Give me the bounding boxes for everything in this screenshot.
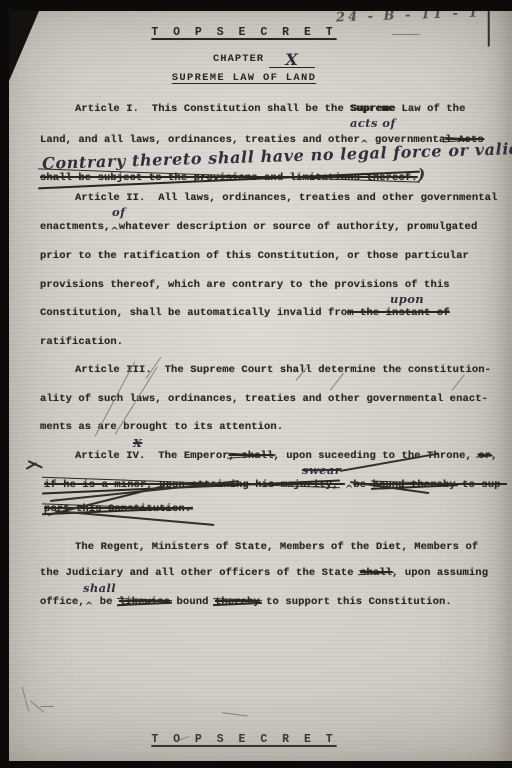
segment-t: , upon assuming	[392, 567, 488, 579]
segment-sc: , shall	[229, 450, 274, 462]
segment-t: Article II. All laws, ordinances, treati…	[75, 192, 497, 204]
article-2-line-4: provisions thereof, which are contrary t…	[40, 279, 450, 291]
segment-t: Land, and all laws, ordinances, treaties…	[40, 134, 360, 146]
segment-t: whatever description or source of author…	[119, 221, 477, 233]
classification-footer: T O P S E C R E T	[0, 733, 500, 746]
segment-t: Article I. This Constitution shall be th…	[75, 103, 350, 115]
article-4-line-2-deleted: if he is a minor, upon attaining his maj…	[44, 479, 507, 491]
article-1-line-1: Article I. This Constitution shall be th…	[75, 103, 465, 115]
document-title: SUPREME LAW OF LAND	[0, 72, 500, 84]
pencil-slash-6	[452, 374, 465, 390]
segment-t: to support this Constitution.	[260, 596, 452, 608]
scan-edge-left	[0, 0, 9, 768]
segment-t: Law of the	[395, 103, 465, 115]
segment-hsc: swear	[302, 463, 341, 477]
regent-line-3: office,^ be likewise bound thereby to su…	[40, 596, 452, 608]
regent-line-1: The Regent, Ministers of State, Members …	[75, 541, 478, 553]
segment-t: prior to the ratification of this Consti…	[40, 250, 469, 262]
segment-t: ratification.	[40, 336, 123, 348]
segment-c: ^	[345, 484, 353, 495]
segment-t: the Judiciary and all other officers of …	[40, 567, 360, 579]
article-1-line-3-deleted: shall be subject to the provisions and l…	[40, 165, 426, 184]
insertion-acts-of: acts of	[350, 116, 396, 131]
bottom-pencil-squiggle-1	[22, 686, 30, 711]
segment-t: ments as are brought to its attention.	[40, 421, 283, 433]
segment-t: The Regent, Ministers of State, Members …	[75, 541, 478, 553]
regent-line-2: the Judiciary and all other officers of …	[40, 567, 488, 579]
article-3-line-1: Article III. The Supreme Court shall det…	[75, 364, 491, 376]
segment-sc: or	[478, 450, 491, 462]
segment-hsc: X	[133, 436, 142, 450]
segment-t: Article IV. The Emperor	[75, 450, 229, 462]
segment-c: ^	[110, 226, 118, 237]
segment-sc2: thereby	[215, 596, 260, 608]
segment-t: be	[93, 596, 119, 608]
article-3-line-2: ality of such laws, ordinances, treaties…	[40, 393, 488, 405]
segment-sc2: shall be subject to the provisions and l…	[40, 172, 418, 184]
classification-header: T O P S E C R E T	[0, 26, 500, 39]
segment-t: , upon suceeding to the Throne,	[273, 450, 478, 462]
segment-st: m the instant of	[347, 307, 449, 319]
insertion-upon: upon	[390, 292, 424, 307]
typescript-body: Article I. This Constitution shall be th…	[0, 0, 512, 768]
article-2-line-1: Article II. All laws, ordinances, treati…	[75, 192, 497, 204]
chapter-heading: CHAPTERX	[213, 50, 315, 68]
insertion-mark-article-number: X	[133, 436, 142, 451]
article-3-line-3: ments as are brought to its attention.	[40, 421, 283, 433]
insertion-scribbled-word: swear	[302, 463, 341, 478]
scan-edge-bottom	[0, 761, 512, 768]
chapter-number-handwritten: X	[269, 50, 315, 68]
insertion-of: of	[112, 205, 125, 220]
segment-hs: upon	[390, 292, 424, 306]
segment-t: Article III. The Supreme Court shall det…	[75, 364, 491, 376]
article-2-line-5: Constitution, shall be automatically inv…	[40, 307, 450, 319]
segment-hs: of	[112, 205, 125, 219]
segment-t: bound	[170, 596, 215, 608]
segment-t: provisions thereof, which are contrary t…	[40, 279, 450, 291]
segment-sc: shall	[360, 567, 392, 579]
chapter-label: CHAPTER	[213, 53, 264, 65]
scanned-document-page: 24 - B - 11 - 1 T O P S E C R E T CHAPTE…	[0, 0, 512, 768]
segment-ot: Supreme	[350, 103, 395, 115]
segment-sc2: likewise	[119, 596, 170, 608]
insertion-shall: shall	[83, 581, 116, 596]
segment-hs: acts of	[350, 116, 396, 130]
scan-edge-top	[0, 0, 512, 11]
article-2-line-6: ratification.	[40, 336, 123, 348]
segment-t: enactments,	[40, 221, 110, 233]
segment-t: office,	[40, 596, 85, 608]
article-2-line-3: prior to the ratification of this Consti…	[40, 250, 469, 262]
bottom-pencil-squiggle-3	[40, 706, 54, 707]
article-4-line-1: Article IV. The Emperor, shall, upon suc…	[75, 450, 498, 462]
article-2-line-2: enactments,^whatever description or sour…	[40, 221, 477, 233]
segment-hs: shall	[83, 581, 116, 595]
segment-c: ^	[85, 601, 93, 612]
segment-t: ality of such laws, ordinances, treaties…	[40, 393, 488, 405]
segment-t: Constitution, shall be automatically inv…	[40, 307, 347, 319]
segment-st: to sup-	[456, 479, 507, 491]
footer-squiggle	[222, 712, 248, 717]
